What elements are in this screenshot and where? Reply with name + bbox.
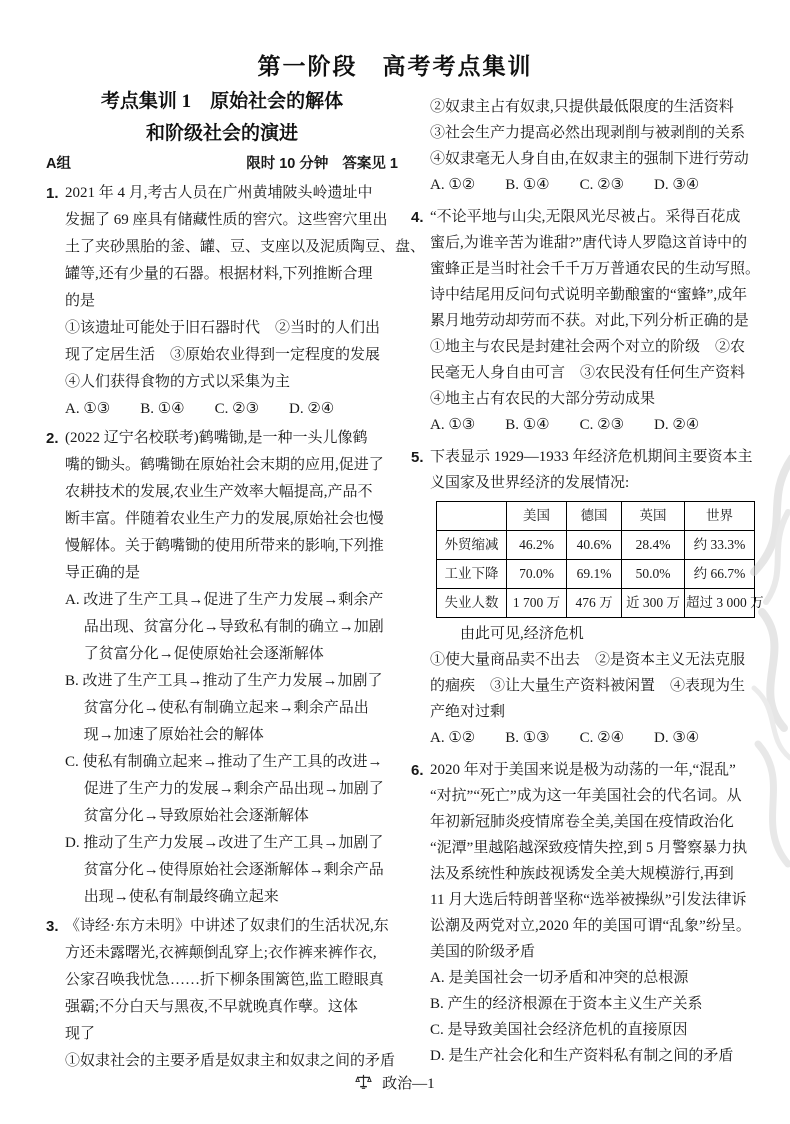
page-number: 政治—1 <box>382 1076 435 1092</box>
text-line: 的是 <box>65 288 398 315</box>
text-line: 民毫无人身自由可言 ③农民没有任何生产资料 <box>430 360 753 386</box>
text-line: 罐等,还有少量的石器。根据材料,下列推断合理 <box>65 261 398 288</box>
table-cell: 70.0% <box>507 560 567 589</box>
text-line: A. ①③ B. ①④ C. ②③ D. ②④ <box>65 396 398 423</box>
text-line: 贫富分化→导致原始社会逐渐解体 <box>65 803 398 830</box>
question-3-number: 3. <box>46 913 59 940</box>
table-cell: 50.0% <box>622 560 685 589</box>
text-line: C. 是导致美国社会经济危机的直接原因 <box>430 1017 753 1043</box>
question-5-conclusion: 由此可见,经济危机①使大量商品卖不出去 ②是资本主义无法克服的痼疾 ③让大量生产… <box>430 621 753 751</box>
text-line: ①使大量商品卖不出去 ②是资本主义无法克服 <box>430 647 753 673</box>
question-1: 1. 2021 年 4 月,考古人员在广州黄埔陂头岭遗址中发掘了 69 座具有储… <box>46 180 398 423</box>
text-line: 嘴的锄头。鹤嘴锄在原始社会末期的应用,促进了 <box>65 452 398 479</box>
text-line: 公家召唤我忧急……折下柳条围篱笆,监工瞪眼真 <box>65 967 398 994</box>
text-line: B. 改进了生产工具→推动了生产力发展→加剧了 <box>65 668 398 695</box>
question-1-number: 1. <box>46 180 59 207</box>
text-line: 《诗经·东方未明》中讲述了奴隶们的生活状况,东 <box>65 913 398 940</box>
question-3-continuation-body: ②奴隶主占有奴隶,只提供最低限度的生活资料③社会生产力提高必然出现剥削与被剥削的… <box>430 94 753 198</box>
table-cell: 476 万 <box>567 589 622 618</box>
table-cell: 超过 3 000 万 <box>685 589 755 618</box>
text-line: 美国的阶级矛盾 <box>430 939 753 965</box>
text-line: 现→加速了原始社会的解体 <box>65 722 398 749</box>
question-4-number: 4. <box>411 204 424 231</box>
table-row: 失业人数1 700 万476 万近 300 万超过 3 000 万 <box>437 589 755 618</box>
table-row: 外贸缩减46.2%40.6%28.4%约 33.3% <box>437 531 755 560</box>
text-line: 义国家及世界经济的发展情况: <box>430 470 753 496</box>
text-line: 出现→使私有制最终确立起来 <box>65 884 398 911</box>
text-line: 强霸;不分白天与黑夜,不早就晚真作孽。这体 <box>65 994 398 1021</box>
answer-reference-label: 答案见 1 <box>342 156 398 172</box>
text-line: 由此可见,经济危机 <box>430 621 753 647</box>
text-line: 的痼疾 ③让大量生产资料被闲置 ④表现为生 <box>430 673 753 699</box>
text-line: 了贫富分化→促使原始社会逐渐解体 <box>65 641 398 668</box>
text-line: (2022 辽宁名校联考)鹤嘴锄,是一种一头儿像鹤 <box>65 425 398 452</box>
question-2-number: 2. <box>46 425 59 452</box>
question-6-number: 6. <box>411 757 424 784</box>
table-header-cell <box>437 502 507 531</box>
question-2: 2. (2022 辽宁名校联考)鹤嘴锄,是一种一头儿像鹤嘴的锄头。鹤嘴锄在原始社… <box>46 425 398 911</box>
group-label: A组 <box>46 152 71 173</box>
text-line: 发掘了 69 座具有储藏性质的窖穴。这些窖穴里出 <box>65 207 398 234</box>
question-5-intro: 下表显示 1929—1933 年经济危机期间主要资本主义国家及世界经济的发展情况… <box>430 444 753 496</box>
text-line: ①地主与农民是封建社会两个对立的阶级 ②农 <box>430 334 753 360</box>
text-line: 产绝对过剩 <box>430 699 753 725</box>
scales-icon <box>355 1074 372 1090</box>
text-line: 现了定居生活 ③原始农业得到一定程度的发展 <box>65 342 398 369</box>
question-5: 5. 下表显示 1929—1933 年经济危机期间主要资本主义国家及世界经济的发… <box>411 444 753 751</box>
text-line: ①该遗址可能处于旧石器时代 ②当时的人们出 <box>65 315 398 342</box>
text-line: 品出现、贫富分化→导致私有制的确立→加剧 <box>65 614 398 641</box>
text-line: 断丰富。伴随着农业生产力的发展,原始社会也慢 <box>65 506 398 533</box>
text-line: 土了夹砂黑胎的釜、罐、豆、支座以及泥质陶豆、盘、 <box>65 234 398 261</box>
text-line: A. ①③ B. ①④ C. ②③ D. ②④ <box>430 412 753 438</box>
table-header-cell: 德国 <box>567 502 622 531</box>
text-line: ④人们获得食物的方式以采集为主 <box>65 369 398 396</box>
table-header-row: 美国德国英国世界 <box>437 502 755 531</box>
text-line: D. 推动了生产力发展→改进了生产工具→加剧了 <box>65 830 398 857</box>
text-line: ②奴隶主占有奴隶,只提供最低限度的生活资料 <box>430 94 753 120</box>
table-header-cell: 世界 <box>685 502 755 531</box>
question-3: 3. 《诗经·东方未明》中讲述了奴隶们的生活状况,东方还未露曙光,衣裤颠倒乱穿上… <box>46 913 398 1075</box>
lesson-title-line1: 考点集训 1 原始社会的解体 <box>46 86 398 118</box>
text-line: ①奴隶社会的主要矛盾是奴隶主和奴隶之间的矛盾 <box>65 1048 398 1075</box>
page-footer: 政治—1 <box>0 1072 790 1093</box>
table-row: 工业下降70.0%69.1%50.0%约 66.7% <box>437 560 755 589</box>
lesson-title-line2: 和阶级社会的演进 <box>46 118 398 150</box>
text-line: A. ①② B. ①④ C. ②③ D. ③④ <box>430 172 753 198</box>
meta-row: A组 限时 10 分钟答案见 1 <box>46 152 398 178</box>
table-cell: 约 66.7% <box>685 560 755 589</box>
time-limit-label: 限时 10 分钟 <box>246 156 328 172</box>
text-line: 年初新冠肺炎疫情席卷全美,美国在疫情政治化 <box>430 809 753 835</box>
table-cell: 46.2% <box>507 531 567 560</box>
text-line: 法及系统性种族歧视诱发全美大规模游行,再到 <box>430 861 753 887</box>
table-cell: 1 700 万 <box>507 589 567 618</box>
text-line: 蜜蜂正是当时社会千千万万普通农民的生动写照。 <box>430 256 753 282</box>
left-column: 考点集训 1 原始社会的解体 和阶级社会的演进 A组 限时 10 分钟答案见 1… <box>46 86 398 1075</box>
text-line: 下表显示 1929—1933 年经济危机期间主要资本主 <box>430 444 753 470</box>
table-cell: 28.4% <box>622 531 685 560</box>
text-line: 方还未露曙光,衣裤颠倒乱穿上;衣作裤来裤作衣, <box>65 940 398 967</box>
table-cell: 外贸缩减 <box>437 531 507 560</box>
text-line: 导正确的是 <box>65 560 398 587</box>
text-line: A. 改进了生产工具→促进了生产力发展→剩余产 <box>65 587 398 614</box>
text-line: “不论平地与山尖,无限风光尽被占。采得百花成 <box>430 204 753 230</box>
text-line: 慢解体。关于鹤嘴锄的使用所带来的影响,下列推 <box>65 533 398 560</box>
table-cell: 失业人数 <box>437 589 507 618</box>
text-line: 促进了生产力的发展→剩余产品出现→加剧了 <box>65 776 398 803</box>
text-line: ④地主占有农民的大部分劳动成果 <box>430 386 753 412</box>
table-header-cell: 英国 <box>622 502 685 531</box>
table-cell: 工业下降 <box>437 560 507 589</box>
text-line: 2021 年 4 月,考古人员在广州黄埔陂头岭遗址中 <box>65 180 398 207</box>
text-line: C. 使私有制确立起来→推动了生产工具的改进→ <box>65 749 398 776</box>
question-3-body: 《诗经·东方未明》中讲述了奴隶们的生活状况,东方还未露曙光,衣裤颠倒乱穿上;衣作… <box>65 913 398 1075</box>
text-line: 2020 年对于美国来说是极为动荡的一年,“混乱” <box>430 757 753 783</box>
text-line: 农耕技术的发展,农业生产效率大幅提高,产品不 <box>65 479 398 506</box>
meta-right: 限时 10 分钟答案见 1 <box>232 152 398 173</box>
text-line: “泥潭”里越陷越深致疫情失控,到 5 月警察暴力执 <box>430 835 753 861</box>
question-1-body: 2021 年 4 月,考古人员在广州黄埔陂头岭遗址中发掘了 69 座具有储藏性质… <box>65 180 398 423</box>
right-column: ②奴隶主占有奴隶,只提供最低限度的生活资料③社会生产力提高必然出现剥削与被剥削的… <box>411 86 753 1069</box>
worksheet-page: 第一阶段 高考考点集训 考点集训 1 原始社会的解体 和阶级社会的演进 A组 限… <box>0 0 790 1124</box>
text-line: 现了 <box>65 1021 398 1048</box>
question-4-body: “不论平地与山尖,无限风光尽被占。采得百花成蜜后,为谁辛苦为谁甜?”唐代诗人罗隐… <box>430 204 753 438</box>
table-cell: 40.6% <box>567 531 622 560</box>
text-line: 贫富分化→使私有制确立起来→剩余产品出 <box>65 695 398 722</box>
table-cell: 近 300 万 <box>622 589 685 618</box>
text-line: 11 月大选后特朗普坚称“选举被操纵”引发法律诉 <box>430 887 753 913</box>
question-4: 4. “不论平地与山尖,无限风光尽被占。采得百花成蜜后,为谁辛苦为谁甜?”唐代诗… <box>411 204 753 438</box>
question-6-body: 2020 年对于美国来说是极为动荡的一年,“混乱”“对抗”“死亡”成为这一年美国… <box>430 757 753 1069</box>
question-6: 6. 2020 年对于美国来说是极为动荡的一年,“混乱”“对抗”“死亡”成为这一… <box>411 757 753 1069</box>
question-2-body: (2022 辽宁名校联考)鹤嘴锄,是一种一头儿像鹤嘴的锄头。鹤嘴锄在原始社会末期… <box>65 425 398 911</box>
text-line: 贫富分化→使得原始社会逐渐解体→剩余产品 <box>65 857 398 884</box>
text-line: A. 是美国社会一切矛盾和冲突的总根源 <box>430 965 753 991</box>
question-3-continuation: ②奴隶主占有奴隶,只提供最低限度的生活资料③社会生产力提高必然出现剥削与被剥削的… <box>411 94 753 198</box>
text-line: B. 产生的经济根源在于资本主义生产关系 <box>430 991 753 1017</box>
text-line: 累月地劳动却劳而不获。对此,下列分析正确的是 <box>430 308 753 334</box>
text-line: ③社会生产力提高必然出现剥削与被剥削的关系 <box>430 120 753 146</box>
text-line: D. 是生产社会化和生产资料私有制之间的矛盾 <box>430 1043 753 1069</box>
economic-crisis-table: 美国德国英国世界外贸缩减46.2%40.6%28.4%约 33.3%工业下降70… <box>436 501 755 618</box>
text-line: A. ①② B. ①③ C. ②④ D. ③④ <box>430 725 753 751</box>
question-5-number: 5. <box>411 444 424 471</box>
page-header: 第一阶段 高考考点集训 <box>0 48 790 81</box>
text-line: 蜜后,为谁辛苦为谁甜?”唐代诗人罗隐这首诗中的 <box>430 230 753 256</box>
text-line: 讼潮及两党对立,2020 年的美国可谓“乱象”纷呈。 <box>430 913 753 939</box>
text-line: “对抗”“死亡”成为这一年美国社会的代名词。从 <box>430 783 753 809</box>
table-cell: 69.1% <box>567 560 622 589</box>
table-header-cell: 美国 <box>507 502 567 531</box>
text-line: 诗中结尾用反问句式说明辛勤酿蜜的“蜜蜂”,成年 <box>430 282 753 308</box>
table-cell: 约 33.3% <box>685 531 755 560</box>
text-line: ④奴隶毫无人身自由,在奴隶主的强制下进行劳动 <box>430 146 753 172</box>
